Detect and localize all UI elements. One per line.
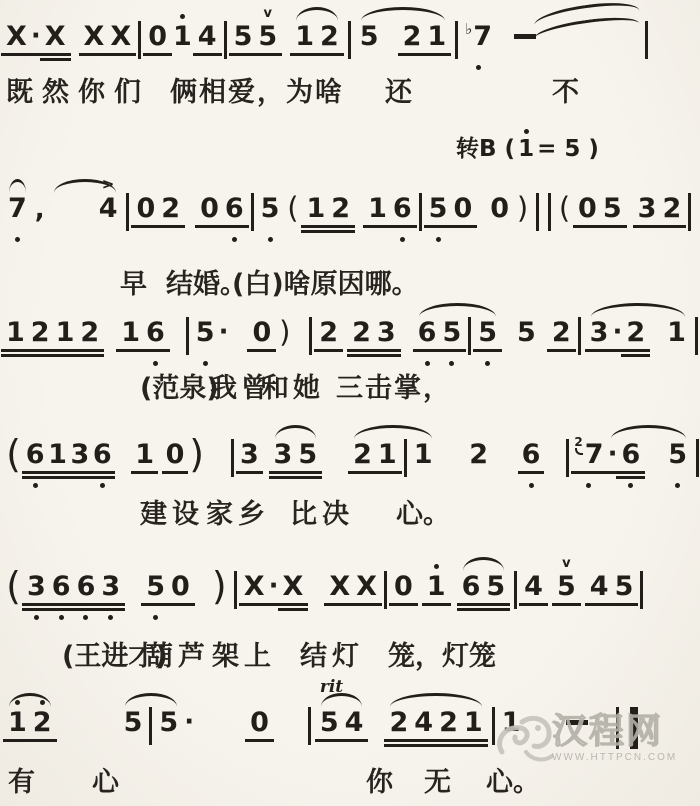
note-2: 2	[389, 692, 408, 758]
note-glyph: )	[189, 439, 204, 469]
barline	[688, 178, 691, 252]
note-glyph: 1	[295, 21, 314, 51]
octave-dot-below	[83, 615, 88, 620]
beam-lines	[578, 223, 597, 235]
barline	[186, 302, 189, 376]
slur-group: 521	[358, 6, 448, 72]
note-glyph: 0	[148, 21, 167, 51]
beam-lines	[638, 223, 657, 235]
note-0: 0	[200, 178, 219, 244]
beam-line	[448, 225, 477, 228]
mark-slot	[180, 6, 185, 21]
note-glyph: 1	[48, 439, 67, 469]
parenthesis: )	[212, 556, 227, 622]
note-2: 2	[320, 6, 339, 72]
note-glyph: 3	[638, 193, 657, 223]
beam-line	[388, 225, 417, 228]
system-1-notation: X·XXX0145v512521♭7	[6, 6, 700, 80]
beam-line	[162, 471, 188, 474]
note-4: 4	[524, 556, 543, 622]
beam-lines	[136, 223, 155, 235]
note-glyph: 1	[368, 193, 387, 223]
note-glyph: 转B (	[456, 136, 515, 162]
beam-line	[40, 53, 71, 56]
beam-lines	[27, 469, 43, 481]
beam-lines	[320, 737, 339, 749]
beam-lines	[198, 51, 217, 63]
note-glyph: 2	[439, 707, 458, 737]
note-X: X	[45, 6, 66, 72]
beam-lines	[414, 469, 433, 481]
note-0: 0	[171, 556, 190, 622]
note-glyph: 1	[135, 439, 154, 469]
beam-lines	[159, 737, 178, 749]
note-glyph: X	[329, 571, 350, 601]
octave-dot-below	[108, 615, 113, 620]
note-2: 2	[353, 424, 372, 498]
beam-lines	[471, 469, 487, 481]
note-glyph: 5	[603, 193, 622, 223]
beam-line	[293, 471, 322, 474]
lyric-segment: 建设	[140, 492, 204, 531]
note-glyph: 5	[146, 571, 165, 601]
beam-lines	[429, 223, 448, 235]
lyric-segment: 家乡	[206, 492, 270, 531]
note-1: 1	[667, 302, 686, 368]
beam-lines	[285, 223, 300, 235]
beam-lines	[688, 231, 691, 243]
note-3: 3	[101, 556, 120, 622]
note-glyph	[231, 439, 234, 477]
note-glyph: 6	[462, 571, 481, 601]
note-5: v5	[557, 556, 576, 622]
slur-group: 12	[6, 692, 54, 758]
note-glyph: 0	[200, 193, 219, 223]
note-glyph: ·	[31, 21, 41, 51]
note-0: 0	[394, 556, 413, 622]
beam-line	[245, 739, 274, 742]
beam-lines	[250, 737, 269, 749]
beam-lines	[231, 477, 234, 489]
octave-dot-above	[40, 700, 45, 705]
note-7: 7	[8, 178, 27, 244]
octave-dot-below	[153, 615, 158, 620]
slur-group: rit54	[318, 692, 366, 758]
beam-line	[547, 349, 576, 352]
slur-group: >4	[51, 178, 120, 244]
lyric-segment: 无	[424, 760, 453, 799]
note-glyph: 27	[574, 439, 603, 469]
octave-slot	[268, 235, 273, 244]
dot-separator: ·	[184, 692, 194, 758]
note-5: 5	[603, 178, 622, 244]
spacer	[646, 424, 662, 490]
beam-lines	[418, 347, 437, 359]
beam-lines	[251, 231, 254, 243]
octave-dot-below	[529, 483, 534, 488]
note-glyph	[348, 21, 351, 59]
beam-lines	[200, 223, 219, 235]
beam-lines	[393, 223, 412, 235]
note-glyph: 2	[626, 317, 645, 347]
note-1: 1	[136, 424, 152, 490]
note-glyph: 1	[378, 439, 397, 469]
note-glyph	[251, 193, 254, 231]
note-glyph: 1	[427, 21, 446, 51]
tie-curves-icon	[542, 6, 638, 62]
octave-slot	[586, 481, 591, 490]
beam-line	[422, 603, 451, 606]
key-change-tonic: 1	[518, 124, 534, 172]
lyric-segment: 三击掌，	[336, 366, 452, 405]
beam-lines	[6, 601, 21, 613]
lyric-segment: 结灯	[300, 634, 364, 673]
note-glyph	[309, 317, 312, 355]
note-5: 5	[360, 6, 379, 72]
note-5: 5	[159, 692, 178, 766]
beam-line	[156, 225, 185, 228]
beam-lines	[696, 477, 699, 489]
spacer	[53, 178, 93, 244]
beam-lines	[442, 347, 461, 359]
note-glyph	[138, 21, 141, 59]
beam-lines	[219, 347, 229, 359]
note-0: 0	[250, 692, 269, 758]
note-glyph	[578, 317, 581, 355]
note-0: 0	[490, 178, 509, 244]
note-1: 1	[427, 6, 446, 72]
note-glyph: 5	[258, 21, 277, 51]
note-glyph: 0	[490, 193, 509, 223]
beam-lines	[453, 223, 472, 235]
note-2: 2	[552, 302, 571, 368]
beam-lines	[234, 609, 237, 621]
parenthesis: (	[557, 178, 572, 244]
note-glyph: 5	[234, 21, 253, 51]
lyric-segment: 心。	[396, 492, 450, 531]
note-glyph: 0	[166, 439, 185, 469]
note-X: X	[244, 556, 265, 622]
note-2: 2	[626, 302, 645, 368]
beam-lines	[621, 469, 640, 481]
note-glyph: ♭7	[465, 21, 492, 51]
lyric-segment: 不	[552, 70, 581, 109]
note-glyph	[514, 571, 517, 609]
note-5: v5	[258, 6, 277, 72]
beam-line	[372, 354, 401, 357]
note-glyph: 4	[524, 571, 543, 601]
note-glyph: X	[244, 571, 265, 601]
note-glyph: 3	[101, 571, 120, 601]
note-glyph: 2	[403, 21, 422, 51]
beam-lines	[212, 601, 227, 613]
note-glyph: 1	[427, 571, 446, 601]
slur-group: ·65	[608, 424, 689, 490]
octave-dot-below	[59, 615, 64, 620]
mark-slot	[40, 692, 45, 707]
beam-lines	[72, 469, 88, 481]
note-4: 4	[414, 692, 433, 758]
beam-lines	[94, 469, 110, 481]
note-glyph: 6	[621, 439, 640, 469]
note-0: 0	[136, 178, 155, 244]
octave-slot	[15, 235, 20, 244]
octave-dot-below	[268, 237, 273, 242]
note-5: 5	[615, 556, 634, 622]
octave-slot	[33, 481, 38, 490]
parenthesis: (	[285, 178, 300, 244]
beam-line	[326, 225, 355, 228]
beam-lines	[524, 601, 543, 613]
beam-lines	[389, 737, 408, 749]
beam-lines	[283, 601, 304, 613]
note-glyph: 4	[99, 193, 118, 223]
spacer	[651, 302, 661, 368]
slur-group: 55	[122, 692, 181, 766]
beam-lines	[8, 223, 27, 235]
note-2: 2	[331, 178, 350, 244]
lyric-segment: 还	[385, 70, 414, 109]
lyric-segment: 笼，灯笼	[388, 634, 496, 673]
note-6: 6	[418, 302, 437, 376]
note-5: 5	[146, 556, 165, 622]
watermark-brand: 汉程网	[552, 713, 677, 752]
note-2: 2	[33, 692, 52, 758]
beam-lines	[319, 347, 338, 359]
beam-lines	[110, 51, 131, 63]
beam-lines	[464, 737, 483, 749]
mark-slot	[434, 556, 439, 571]
beam-lines	[45, 51, 66, 63]
note-glyph	[455, 21, 458, 59]
beam-line	[372, 349, 401, 352]
barline	[308, 692, 311, 766]
note-glyph: 1	[121, 317, 140, 347]
note-1: 1	[378, 424, 397, 498]
beam-lines	[557, 223, 572, 235]
note-4: 4	[345, 692, 364, 758]
beam-lines	[615, 601, 634, 613]
note-1: 1	[414, 424, 433, 498]
beam-lines	[331, 223, 350, 235]
note-glyph: 4	[198, 21, 217, 51]
note-glyph: ·	[612, 317, 622, 347]
beam-line	[481, 608, 510, 611]
octave-dot-below	[100, 483, 105, 488]
beam-lines	[234, 51, 253, 63]
note-glyph	[688, 193, 691, 231]
parenthesis: (	[6, 424, 21, 490]
beam-line	[40, 58, 71, 61]
beam-lines	[590, 347, 609, 359]
accent-mark: >	[102, 178, 115, 193]
beam-line	[96, 603, 125, 606]
note-X: X	[110, 6, 131, 72]
note-glyph	[696, 439, 699, 477]
note-glyph: 4	[590, 571, 609, 601]
beam-line	[351, 603, 382, 606]
note-3: 3	[27, 556, 46, 622]
barline	[224, 6, 227, 80]
note-glyph: 3	[71, 439, 90, 469]
octave-dot-below	[33, 483, 38, 488]
beam-lines	[356, 601, 377, 613]
beam-lines	[196, 347, 215, 359]
beam-lines	[668, 469, 687, 481]
note-glyph: 5	[478, 317, 497, 347]
note-6: 6	[27, 424, 43, 490]
note-4: >4	[99, 178, 118, 244]
beam-lines	[99, 223, 118, 235]
octave-slot	[108, 613, 113, 622]
barline	[468, 302, 471, 376]
beam-lines	[345, 737, 364, 749]
parenthesis: )	[277, 302, 292, 368]
beam-lines	[603, 223, 622, 235]
beam-line	[143, 53, 172, 56]
beam-line	[141, 349, 170, 352]
note-glyph	[224, 21, 227, 59]
beam-lines	[252, 347, 271, 359]
note-glyph: ·	[219, 317, 229, 347]
octave-dot-above	[15, 700, 20, 705]
note-1: 1	[173, 6, 192, 72]
barline	[566, 424, 569, 498]
beam-line	[75, 354, 104, 357]
note-6: 6	[94, 424, 110, 490]
lyric-segment: 你	[366, 760, 395, 799]
beam-lines	[456, 162, 515, 168]
note-glyph	[695, 317, 698, 355]
note-1: 1	[49, 424, 65, 490]
note-3: 3	[377, 302, 396, 368]
note-glyph: ·	[184, 707, 194, 737]
note-glyph: 5	[442, 317, 461, 347]
dot-separator: ·	[269, 556, 279, 622]
note-5: 5	[486, 556, 505, 622]
beam-lines	[8, 737, 27, 749]
key-change-annotation: 转B (1= 5 )	[456, 124, 599, 172]
octave-dot-below	[586, 483, 591, 488]
note-glyph: 4	[345, 707, 364, 737]
note-2: 2	[403, 6, 422, 72]
note-glyph: = 5 )	[537, 136, 599, 162]
note-glyph: 2	[331, 193, 350, 223]
note-glyph: 0	[453, 193, 472, 223]
lyric-segment: (白)啥原因哪。	[232, 262, 419, 301]
barline	[514, 556, 517, 630]
note-glyph: 3	[590, 317, 609, 347]
mark-slot	[524, 124, 529, 136]
flat-sign: ♭	[465, 22, 472, 37]
note-5: 5	[478, 302, 497, 376]
note-glyph: 1	[667, 317, 686, 347]
note-glyph: 6	[52, 571, 71, 601]
barline	[138, 6, 141, 80]
note-6: 6	[523, 424, 539, 490]
beam-lines	[403, 51, 422, 63]
slur-group: 3·21	[588, 302, 688, 368]
octave-dot-above	[524, 129, 529, 134]
beam-line	[96, 608, 125, 611]
barline	[695, 302, 698, 376]
octave-slot	[100, 481, 105, 490]
watermark-text: 汉程网 WWW.HTTPCN.COM	[552, 713, 677, 763]
beam-line	[616, 471, 645, 474]
note-6: 6	[52, 556, 71, 622]
beam-line	[598, 225, 627, 228]
note-X: X	[356, 556, 377, 622]
note-glyph: 3	[240, 439, 259, 469]
dot-separator: ·	[219, 302, 229, 368]
lyric-segment: 架上	[212, 634, 276, 673]
barline	[251, 178, 254, 252]
key-change-text: = 5 )	[537, 124, 599, 172]
note-glyph: 0	[136, 193, 155, 223]
beam-line	[571, 471, 606, 474]
beam-lines	[419, 231, 422, 243]
beam-lines	[184, 737, 194, 749]
note-3: 3	[72, 424, 88, 490]
beam-lines	[171, 601, 190, 613]
note-glyph: 2	[389, 707, 408, 737]
beam-lines	[353, 469, 372, 481]
note-glyph	[384, 571, 387, 609]
note-glyph: ·	[608, 439, 618, 469]
note-glyph: 5	[360, 21, 379, 51]
note-1: 1	[368, 178, 387, 244]
note-glyph: )	[517, 193, 528, 223]
barline	[231, 424, 234, 498]
octave-dot-below	[34, 615, 39, 620]
beam-lines	[557, 601, 576, 613]
note-glyph: X	[84, 21, 105, 51]
beam-lines	[626, 347, 645, 359]
beam-lines	[298, 469, 317, 481]
note-glyph: 6	[393, 193, 412, 223]
beam-line	[481, 603, 510, 606]
barline	[696, 424, 699, 498]
octave-dot-below	[436, 237, 441, 242]
beam-lines	[537, 162, 599, 168]
slur-group: 65	[460, 556, 508, 622]
note-glyph: 2	[353, 439, 372, 469]
note-5: 5	[517, 302, 536, 368]
beam-lines	[566, 477, 569, 489]
note-glyph: 5	[557, 571, 576, 601]
note-glyph: 0	[171, 571, 190, 601]
beam-lines	[320, 51, 339, 63]
octave-dot-below	[675, 483, 680, 488]
note-5: 5	[298, 424, 317, 490]
note-2: 2	[471, 424, 487, 490]
note-5: 5	[234, 6, 253, 72]
barline	[149, 692, 152, 766]
parenthesis: (	[6, 556, 21, 622]
note-3: 3	[274, 424, 293, 490]
beam-line	[278, 608, 309, 611]
note-glyph	[308, 707, 311, 745]
beam-line	[326, 230, 355, 233]
beam-lines	[101, 601, 120, 613]
barline	[404, 424, 407, 498]
note-glyph	[234, 571, 237, 609]
beam-line	[293, 476, 322, 479]
note-0: 0	[148, 6, 167, 72]
octave-slot	[59, 613, 64, 622]
spacer	[385, 6, 397, 72]
beam-line	[253, 53, 282, 56]
